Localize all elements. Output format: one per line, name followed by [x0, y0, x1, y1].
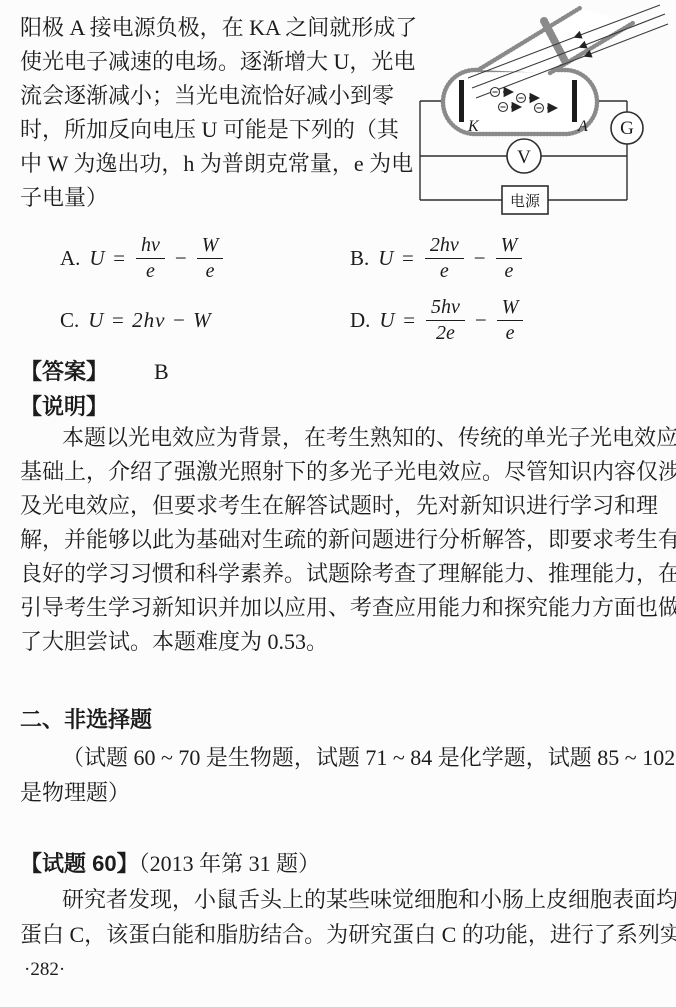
fraction-numerator: W — [497, 297, 524, 321]
fraction-numerator: W — [197, 235, 224, 259]
intro-line: 中 W 为逸出功，h 为普朗克常量，e 为电 — [20, 150, 413, 178]
option-a-lhs: U = — [89, 246, 127, 271]
intro-line: 使光电子减速的电场。逐渐增大 U，光电 — [20, 48, 415, 76]
phototube-circuit-diagram: K A G V 电源 — [415, 0, 676, 230]
answer-value: B — [154, 359, 169, 384]
fraction-denominator: e — [146, 259, 155, 282]
option-b-fraction-1: 2hν e — [425, 235, 464, 282]
question-60-heading: 【试题 60】（2013 年第 31 题） — [20, 850, 320, 878]
intro-line: 子电量） — [20, 184, 108, 212]
note-line: 引导考生学习新知识并加以应用、考查应用能力和探究能力方面也做 — [20, 594, 676, 622]
answer-tag: 【答案】 — [20, 359, 108, 384]
option-c-expression: U = 2hν − W — [88, 308, 211, 333]
fraction-denominator: e — [506, 321, 515, 344]
fraction-numerator: 5hν — [426, 297, 465, 321]
question-60-line: 蛋白 C，该蛋白能和脂肪结合。为研究蛋白 C 的功能，进行了系列实验。 — [20, 921, 676, 949]
scanned-document-page: 阳极 A 接电源负极，在 KA 之间就形成了 使光电子减速的电场。逐渐增大 U，… — [0, 0, 676, 1007]
option-d-lhs: U = — [379, 308, 417, 333]
galvanometer-label: G — [620, 118, 634, 139]
voltmeter-label: V — [517, 147, 531, 168]
intro-line: 流会逐渐减小；当光电流恰好减小到零 — [20, 82, 394, 110]
option-a-fraction-1: hν e — [136, 235, 165, 282]
page-number: ·282· — [24, 958, 65, 982]
option-b-label: B. — [350, 246, 369, 271]
option-d-fraction-2: W e — [497, 297, 524, 344]
option-c: C. U = 2hν − W — [60, 292, 212, 348]
question-60-line: 研究者发现，小鼠舌头上的某些味觉细胞和小肠上皮细胞表面均存在 — [62, 886, 676, 914]
anode-plate — [572, 80, 577, 122]
note-line: 良好的学习习惯和科学素养。试题除考查了理解能力、推理能力，在 — [20, 560, 676, 588]
option-a: A. U = hν e − W e — [60, 230, 223, 286]
answer-row: 【答案】B — [20, 358, 169, 386]
option-c-label: C. — [60, 308, 79, 333]
minus-sign: − — [174, 246, 188, 271]
option-a-label: A. — [60, 246, 80, 271]
option-b: B. U = 2hν e − W e — [350, 230, 522, 286]
cathode-plate — [459, 80, 464, 122]
option-d-label: D. — [350, 308, 370, 333]
note-line: 基础上，介绍了强激光照射下的多光子光电效应。尽管知识内容仅涉 — [20, 458, 676, 486]
note-line: 解，并能够以此为基础对生疏的新问题进行分析解答，即要求考生有 — [20, 526, 676, 554]
note-tag: 【说明】 — [20, 393, 108, 421]
fraction-denominator: e — [440, 259, 449, 282]
intro-line: 时，所加反向电压 U 可能是下列的（其 — [20, 116, 399, 144]
fraction-denominator: e — [504, 259, 513, 282]
option-d: D. U = 5hν 2e − W e — [350, 292, 523, 348]
power-supply-label: 电源 — [510, 192, 541, 210]
note-line: 本题以光电效应为背景，在考生熟知的、传统的单光子光电效应 — [62, 424, 676, 452]
option-a-fraction-2: W e — [197, 235, 224, 282]
fraction-denominator: e — [206, 259, 215, 282]
note-line: 了大胆尝试。本题难度为 0.53。 — [20, 628, 328, 656]
fraction-denominator: 2e — [436, 321, 455, 344]
minus-sign: − — [474, 308, 488, 333]
cathode-label: K — [467, 118, 480, 135]
fraction-numerator: W — [496, 235, 523, 259]
section-note-line: （试题 60 ~ 70 是生物题，试题 71 ~ 84 是化学题，试题 85 ~… — [62, 744, 675, 772]
note-line: 及光电效应，但要求考生在解答试题时，先对新知识进行学习和理 — [20, 492, 658, 520]
option-d-fraction-1: 5hν 2e — [426, 297, 465, 344]
question-60-source: （2013 年第 31 题） — [139, 851, 321, 876]
minus-sign: − — [473, 246, 487, 271]
anode-label: A — [577, 118, 588, 135]
option-b-fraction-2: W e — [496, 235, 523, 282]
question-60-tag: 【试题 60】 — [20, 851, 139, 876]
section-heading: 二、非选择题 — [20, 706, 152, 734]
fraction-numerator: 2hν — [425, 235, 464, 259]
fraction-numerator: hν — [136, 235, 165, 259]
section-note-line: 是物理题） — [20, 779, 130, 807]
intro-line: 阳极 A 接电源负极，在 KA 之间就形成了 — [20, 14, 417, 42]
option-b-lhs: U = — [378, 246, 416, 271]
